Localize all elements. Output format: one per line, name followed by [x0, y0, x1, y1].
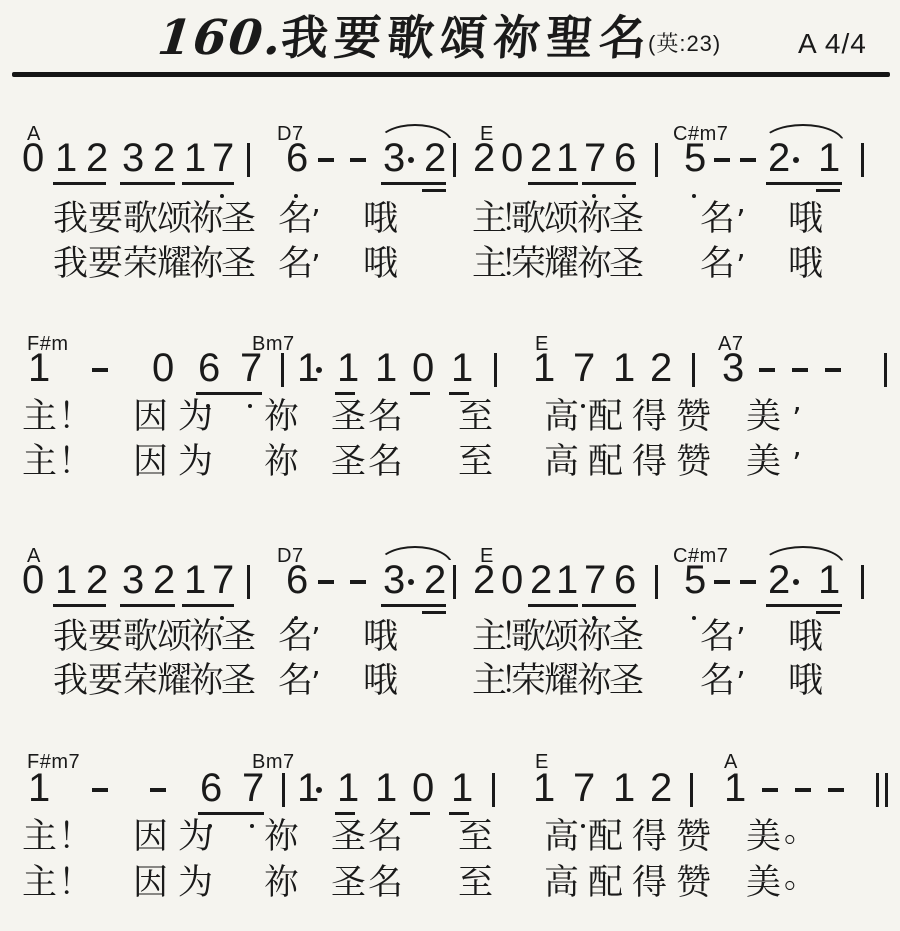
note-number: 1	[556, 560, 578, 600]
lyric-char: 耀	[157, 247, 192, 282]
note-number: 1	[724, 768, 746, 808]
note-number: 2	[424, 138, 446, 178]
lyric-char: 名	[700, 247, 735, 282]
note-number: 2	[424, 560, 446, 600]
lyric-char: 颂	[544, 620, 579, 655]
note-number: 2	[153, 138, 175, 178]
lyric-char: ’	[736, 622, 746, 657]
note-number: 1	[818, 138, 840, 178]
lyric-char: 圣	[609, 247, 644, 282]
beam-line	[766, 604, 842, 607]
lyric-char: 荣	[511, 664, 546, 699]
lyric-char: 为	[178, 445, 213, 480]
lyric-char: 名	[368, 820, 403, 855]
lyric-char: 祢	[189, 202, 224, 237]
lyric-char: 要	[88, 664, 123, 699]
lyric-char: 美	[746, 866, 781, 901]
barline	[494, 353, 497, 387]
note-number: 2	[153, 560, 175, 600]
title-rule	[12, 72, 890, 77]
lyric-char: 高	[544, 445, 579, 480]
barline	[281, 353, 284, 387]
duration-dash	[714, 158, 730, 162]
low-octave-dot	[692, 616, 696, 620]
lyric-char: 祢	[264, 400, 299, 435]
lyric-char: 歌	[123, 202, 158, 237]
hymn-title: 我要歌頌祢聖名	[279, 14, 653, 64]
lyric-char: 荣	[123, 664, 158, 699]
lyric-char: 祢	[577, 202, 612, 237]
lyric-char: 至	[458, 820, 493, 855]
beam-line	[53, 604, 106, 607]
beam-line-second	[816, 189, 840, 192]
beam-line	[528, 182, 578, 185]
note-number: 2	[768, 560, 790, 600]
barline	[655, 565, 658, 599]
note-number: 6	[286, 560, 308, 600]
hymn-number: 160.	[155, 12, 285, 64]
lyric-char: 我	[53, 247, 88, 282]
lyric-char: 我	[53, 664, 88, 699]
lyric-char: 为	[178, 400, 213, 435]
note-number: 1	[613, 348, 635, 388]
lyric-char: 赞	[676, 820, 711, 855]
lyric-char: 哦	[788, 664, 823, 699]
lyric-char: 圣	[331, 445, 366, 480]
lyric-char: ’	[792, 447, 802, 482]
beam-line	[182, 182, 234, 185]
beam-line	[449, 392, 469, 395]
note-number: 3	[122, 560, 144, 600]
dotted-rhythm-dot	[793, 157, 799, 163]
beam-line	[53, 182, 106, 185]
note-number: 2	[530, 138, 552, 178]
note-number: 0	[501, 560, 523, 600]
lyric-char: 圣	[609, 620, 644, 655]
duration-dash	[318, 580, 334, 584]
beam-line	[766, 182, 842, 185]
lyric-char: 得	[632, 445, 667, 480]
lyric-char: ’	[736, 666, 746, 701]
lyric-char: 哦	[788, 620, 823, 655]
lyric-char: 名	[368, 400, 403, 435]
note-number: 5	[684, 138, 706, 178]
lyric-char: 名	[278, 664, 313, 699]
low-octave-dot	[581, 824, 585, 828]
lyric-char: 歌	[511, 620, 546, 655]
note-number: 0	[501, 138, 523, 178]
note-number: 1	[184, 560, 206, 600]
slur-arc	[761, 124, 845, 144]
barline	[861, 143, 864, 177]
note-number: 7	[584, 560, 606, 600]
lyric-char: 哦	[788, 247, 823, 282]
lyric-char: 高	[544, 866, 579, 901]
dotted-rhythm-dot	[316, 787, 322, 793]
note-number: 1	[613, 768, 635, 808]
lyric-char: 哦	[363, 202, 398, 237]
note-number: 2	[650, 768, 672, 808]
barline	[282, 773, 285, 807]
duration-dash	[759, 368, 775, 372]
lyric-char: 得	[632, 400, 667, 435]
lyric-char: ！	[58, 866, 93, 901]
lyric-char: 高	[544, 820, 579, 855]
lyric-char: 名	[278, 620, 313, 655]
lyric-char: ！	[58, 820, 93, 855]
lyric-char: 圣	[221, 620, 256, 655]
low-octave-dot	[250, 824, 254, 828]
barline	[690, 773, 693, 807]
beam-line	[381, 604, 446, 607]
lyric-char: 歌	[511, 202, 546, 237]
duration-dash	[825, 368, 841, 372]
low-octave-dot	[581, 404, 585, 408]
lyric-char: ’	[736, 249, 746, 284]
lyric-char: 我	[53, 202, 88, 237]
note-number: 3	[122, 138, 144, 178]
lyric-char: 颂	[157, 202, 192, 237]
lyric-char: 祢	[264, 866, 299, 901]
beam-line	[182, 604, 234, 607]
note-number: 2	[530, 560, 552, 600]
beam-line	[120, 182, 175, 185]
barline	[861, 565, 864, 599]
note-number: 1	[184, 138, 206, 178]
lyric-char: 得	[632, 866, 667, 901]
note-number: 2	[768, 138, 790, 178]
lyric-char: 。	[784, 859, 816, 894]
note-number: 1	[55, 560, 77, 600]
lyric-char: 圣	[221, 664, 256, 699]
lyric-char: 哦	[363, 664, 398, 699]
note-number: 6	[200, 768, 222, 808]
note-number: 0	[22, 138, 44, 178]
note-number: 1	[337, 348, 359, 388]
note-number: 0	[152, 348, 174, 388]
lyric-char: 名	[700, 664, 735, 699]
lyric-char: ！	[58, 445, 93, 480]
lyric-char: 圣	[331, 400, 366, 435]
duration-dash	[92, 368, 108, 372]
lyric-char: 我	[53, 620, 88, 655]
note-number: 7	[573, 768, 595, 808]
lyric-char: 歌	[123, 620, 158, 655]
beam-line	[582, 182, 636, 185]
duration-dash	[350, 580, 366, 584]
note-number: 1	[533, 348, 555, 388]
lyric-char: 主	[22, 400, 57, 435]
lyric-char: 赞	[676, 866, 711, 901]
slur-arc	[377, 546, 453, 566]
beam-line	[410, 812, 430, 815]
note-number: 0	[412, 348, 434, 388]
low-octave-dot	[592, 194, 596, 198]
lyric-char: 主	[22, 820, 57, 855]
note-number: 2	[86, 138, 108, 178]
low-octave-dot	[220, 194, 224, 198]
lyric-char: 因	[133, 866, 168, 901]
dotted-rhythm-dot	[793, 579, 799, 585]
lyric-char: 祢	[189, 247, 224, 282]
hymn-sheet-page: 160. 我要歌頌祢聖名 (英:23) A 4/4 AD7EC#m7012321…	[0, 0, 900, 931]
final-barline	[885, 773, 888, 807]
barline	[247, 143, 250, 177]
duration-dash	[318, 158, 334, 162]
lyric-char: ’	[792, 402, 802, 437]
lyric-char: 美	[746, 445, 781, 480]
note-number: 2	[86, 560, 108, 600]
beam-line-second	[422, 611, 446, 614]
note-number: 1	[451, 348, 473, 388]
duration-dash	[92, 788, 108, 792]
barline	[453, 143, 456, 177]
lyric-char: 配	[588, 866, 623, 901]
final-barline	[876, 773, 879, 807]
lyric-char: 名	[368, 866, 403, 901]
lyric-char: ’	[311, 666, 321, 701]
lyric-char: 祢	[189, 664, 224, 699]
note-number: 1	[818, 560, 840, 600]
note-number: 1	[556, 138, 578, 178]
lyric-char: 祢	[189, 620, 224, 655]
duration-dash	[792, 368, 808, 372]
note-number: 7	[573, 348, 595, 388]
beam-line	[381, 182, 446, 185]
duration-dash	[828, 788, 844, 792]
note-number: 1	[28, 768, 50, 808]
lyric-char: 主	[22, 445, 57, 480]
beam-line	[198, 812, 264, 815]
lyric-char: 至	[458, 445, 493, 480]
note-number: 2	[650, 348, 672, 388]
duration-dash	[714, 580, 730, 584]
slur-arc	[377, 124, 453, 144]
note-number: 6	[198, 348, 220, 388]
barline	[453, 565, 456, 599]
lyric-char: 要	[88, 202, 123, 237]
lyric-char: 荣	[511, 247, 546, 282]
lyric-char: ’	[736, 204, 746, 239]
note-number: 2	[473, 138, 495, 178]
barline	[884, 353, 887, 387]
lyric-char: 颂	[157, 620, 192, 655]
duration-dash	[740, 158, 756, 162]
key-time-signature: A 4/4	[798, 29, 867, 59]
lyric-char: 耀	[544, 664, 579, 699]
lyric-char: 祢	[577, 664, 612, 699]
barline	[692, 353, 695, 387]
lyric-char: 圣	[221, 247, 256, 282]
beam-line	[335, 812, 355, 815]
lyric-char: 圣	[221, 202, 256, 237]
slur-arc	[761, 546, 845, 566]
lyric-char: 名	[368, 445, 403, 480]
lyric-char: 耀	[157, 664, 192, 699]
low-octave-dot	[622, 194, 626, 198]
note-number: 1	[533, 768, 555, 808]
lyric-char: 祢	[577, 247, 612, 282]
lyric-char: 名	[278, 247, 313, 282]
note-number: 6	[614, 138, 636, 178]
hymn-subtitle: (英:23)	[648, 31, 721, 57]
lyric-char: 为	[178, 866, 213, 901]
lyric-char: 名	[700, 202, 735, 237]
beam-line	[335, 392, 355, 395]
duration-dash	[150, 788, 166, 792]
note-number: 7	[242, 768, 264, 808]
beam-line-second	[816, 611, 840, 614]
note-number: 7	[212, 138, 234, 178]
dotted-rhythm-dot	[408, 157, 414, 163]
beam-line-second	[422, 189, 446, 192]
low-octave-dot	[248, 404, 252, 408]
note-number: 3	[722, 348, 744, 388]
lyric-char: 配	[588, 400, 623, 435]
lyric-char: 哦	[363, 247, 398, 282]
note-number: 1	[375, 348, 397, 388]
lyric-char: 配	[588, 820, 623, 855]
lyric-char: 名	[278, 202, 313, 237]
lyric-char: 至	[458, 866, 493, 901]
beam-line	[120, 604, 175, 607]
note-number: 2	[473, 560, 495, 600]
lyric-char: ’	[311, 622, 321, 657]
lyric-char: 因	[133, 400, 168, 435]
note-number: 7	[240, 348, 262, 388]
barline	[247, 565, 250, 599]
lyric-char: 祢	[264, 445, 299, 480]
note-number: 6	[614, 560, 636, 600]
note-number: 0	[412, 768, 434, 808]
lyric-char: 要	[88, 620, 123, 655]
note-number: 7	[212, 560, 234, 600]
low-octave-dot	[294, 194, 298, 198]
lyric-char: 美	[746, 400, 781, 435]
beam-line	[449, 812, 469, 815]
lyric-char: 圣	[331, 866, 366, 901]
beam-line	[410, 392, 430, 395]
note-number: 5	[684, 560, 706, 600]
lyric-char: 高	[544, 400, 579, 435]
beam-line	[196, 392, 262, 395]
note-number: 0	[22, 560, 44, 600]
note-number: 1	[337, 768, 359, 808]
lyric-char: 颂	[544, 202, 579, 237]
lyric-char: 配	[588, 445, 623, 480]
lyric-char: 圣	[609, 202, 644, 237]
lyric-char: 哦	[363, 620, 398, 655]
lyric-char: ’	[311, 204, 321, 239]
note-number: 7	[584, 138, 606, 178]
note-number: 1	[375, 768, 397, 808]
lyric-char: ！	[58, 400, 93, 435]
duration-dash	[762, 788, 778, 792]
lyric-char: 美	[746, 820, 781, 855]
lyric-char: 得	[632, 820, 667, 855]
beam-line	[582, 604, 636, 607]
lyric-char: 祢	[264, 820, 299, 855]
note-number: 1	[28, 348, 50, 388]
lyric-char: 赞	[676, 400, 711, 435]
duration-dash	[350, 158, 366, 162]
barline	[492, 773, 495, 807]
lyric-char: 祢	[577, 620, 612, 655]
lyric-char: 赞	[676, 445, 711, 480]
lyric-char: 要	[88, 247, 123, 282]
dotted-rhythm-dot	[408, 579, 414, 585]
lyric-char: 主	[22, 866, 57, 901]
note-number: 3	[383, 560, 405, 600]
note-number: 1	[55, 138, 77, 178]
low-octave-dot	[692, 194, 696, 198]
lyric-char: 至	[458, 400, 493, 435]
dotted-rhythm-dot	[316, 367, 322, 373]
duration-dash	[795, 788, 811, 792]
lyric-char: 哦	[788, 202, 823, 237]
lyric-char: ’	[311, 249, 321, 284]
lyric-char: 为	[178, 820, 213, 855]
lyric-char: 名	[700, 620, 735, 655]
note-number: 6	[286, 138, 308, 178]
lyric-char: 因	[133, 820, 168, 855]
duration-dash	[740, 580, 756, 584]
lyric-char: 圣	[331, 820, 366, 855]
lyric-char: 荣	[123, 247, 158, 282]
lyric-char: 。	[784, 813, 816, 848]
note-number: 1	[451, 768, 473, 808]
lyric-char: 耀	[544, 247, 579, 282]
lyric-char: 圣	[609, 664, 644, 699]
note-number: 3	[383, 138, 405, 178]
beam-line	[528, 604, 578, 607]
lyric-char: 因	[133, 445, 168, 480]
barline	[655, 143, 658, 177]
